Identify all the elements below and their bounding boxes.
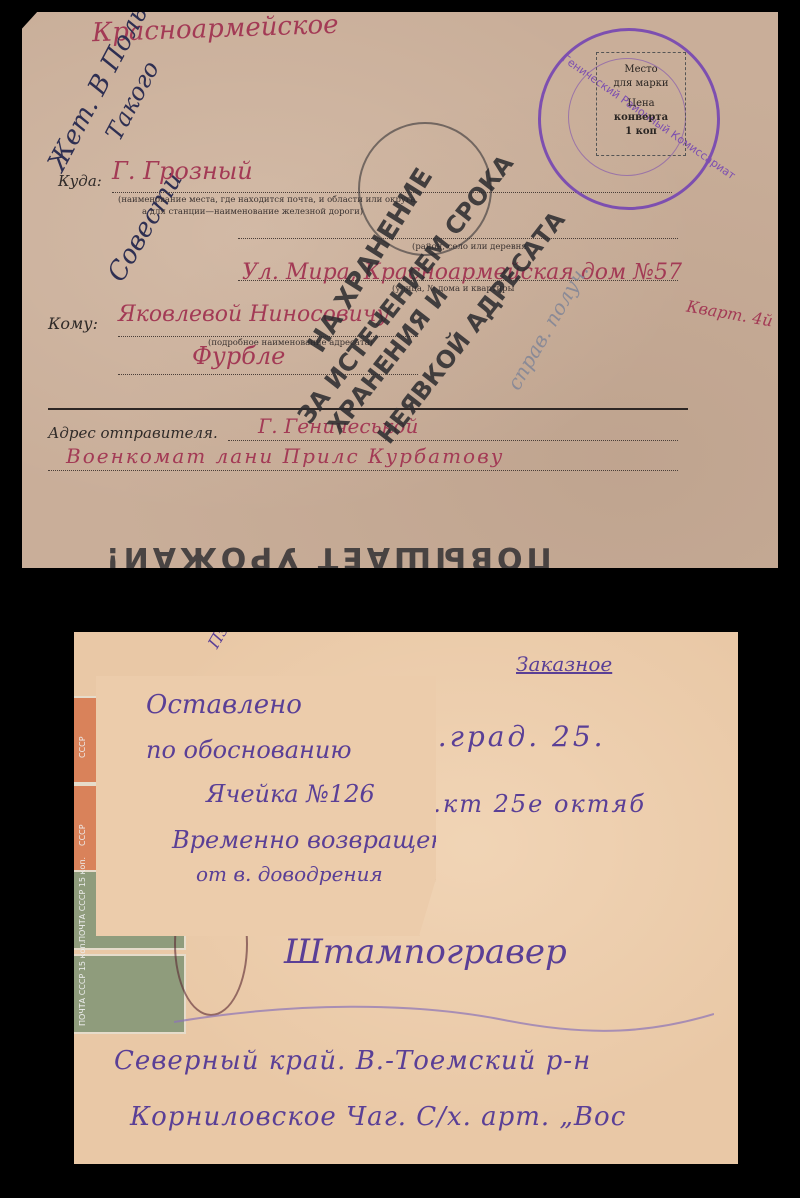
stamp-box-line-1: Место	[597, 63, 685, 77]
apartment-note: Кварт. 4й	[685, 297, 774, 331]
sender-label: Адрес отправителя.	[48, 424, 218, 442]
kuda-value: Г. Грозный	[112, 157, 253, 185]
envelope-top: Красноармейское Жет. В Польшу Такого Сов…	[22, 12, 778, 568]
kuda-hint-2: а для станции—наименование железной доро…	[142, 207, 363, 217]
stamp-box-line-4: конверта	[597, 111, 685, 125]
return-label-slip: Оставлено по обоснованию Ячейка №126 Вре…	[96, 676, 436, 936]
stamp-box-line-2: для марки	[597, 77, 685, 91]
sender-line-1: Северный край. В.-Тоемский р-н	[114, 1046, 591, 1076]
kuda-label: Куда:	[58, 172, 102, 190]
stamp-text: ПОЧТА СССР 15 коп.	[78, 857, 87, 942]
komu-value-2: Фурбле	[192, 342, 285, 370]
stamp-placeholder-box: Место для марки Цена конверта 1 коп	[596, 52, 686, 156]
sender-line-2	[48, 470, 678, 471]
registered-label: Заказное	[516, 652, 612, 676]
street-line	[238, 280, 678, 281]
slip-line-2: по обоснованию	[146, 736, 351, 764]
postage-stamp-green-2: ПОЧТА СССР 15 коп.	[74, 954, 186, 1034]
sender-line-1	[228, 440, 678, 441]
recipient-name: Штампогравер	[284, 932, 567, 972]
envelope-bottom: СССР СССР ПОЧТА СССР 15 коп. ПОЧТА СССР …	[74, 632, 738, 1164]
stamp-text: СССР	[78, 736, 87, 758]
sender-value-2: Военкомат лани Прилс Курбатову	[66, 444, 504, 468]
wavy-underline	[174, 992, 714, 1042]
komu-label: Кому:	[48, 314, 98, 333]
stamp-box-line-5: 1 коп	[597, 125, 685, 139]
stamp-text: СССР	[78, 824, 87, 846]
street-value: Ул. Мира, Красноармейская дом №57	[242, 260, 682, 285]
sender-line-2: Корниловское Чаг. С/х. арт. „Вос	[130, 1102, 626, 1132]
slip-line-1: Оставлено	[146, 690, 302, 720]
slip-line-3: Ячейка №126	[206, 780, 375, 808]
side-initials: Пз	[204, 632, 232, 652]
mirrored-slogan: ПОВЫШАЕТ УРОЖАЙ!	[102, 540, 552, 568]
slip-line-4: Временно возвращено	[172, 826, 461, 854]
stamp-text: ПОЧТА СССР 15 коп.	[78, 941, 87, 1026]
address-line-2: ...кт 25е октяб	[414, 790, 646, 818]
stamp-box-line-3: Цена	[597, 97, 685, 111]
slip-line-5: от в. доводрения	[196, 862, 383, 886]
address-line-1: ...град. 25.	[414, 720, 606, 753]
